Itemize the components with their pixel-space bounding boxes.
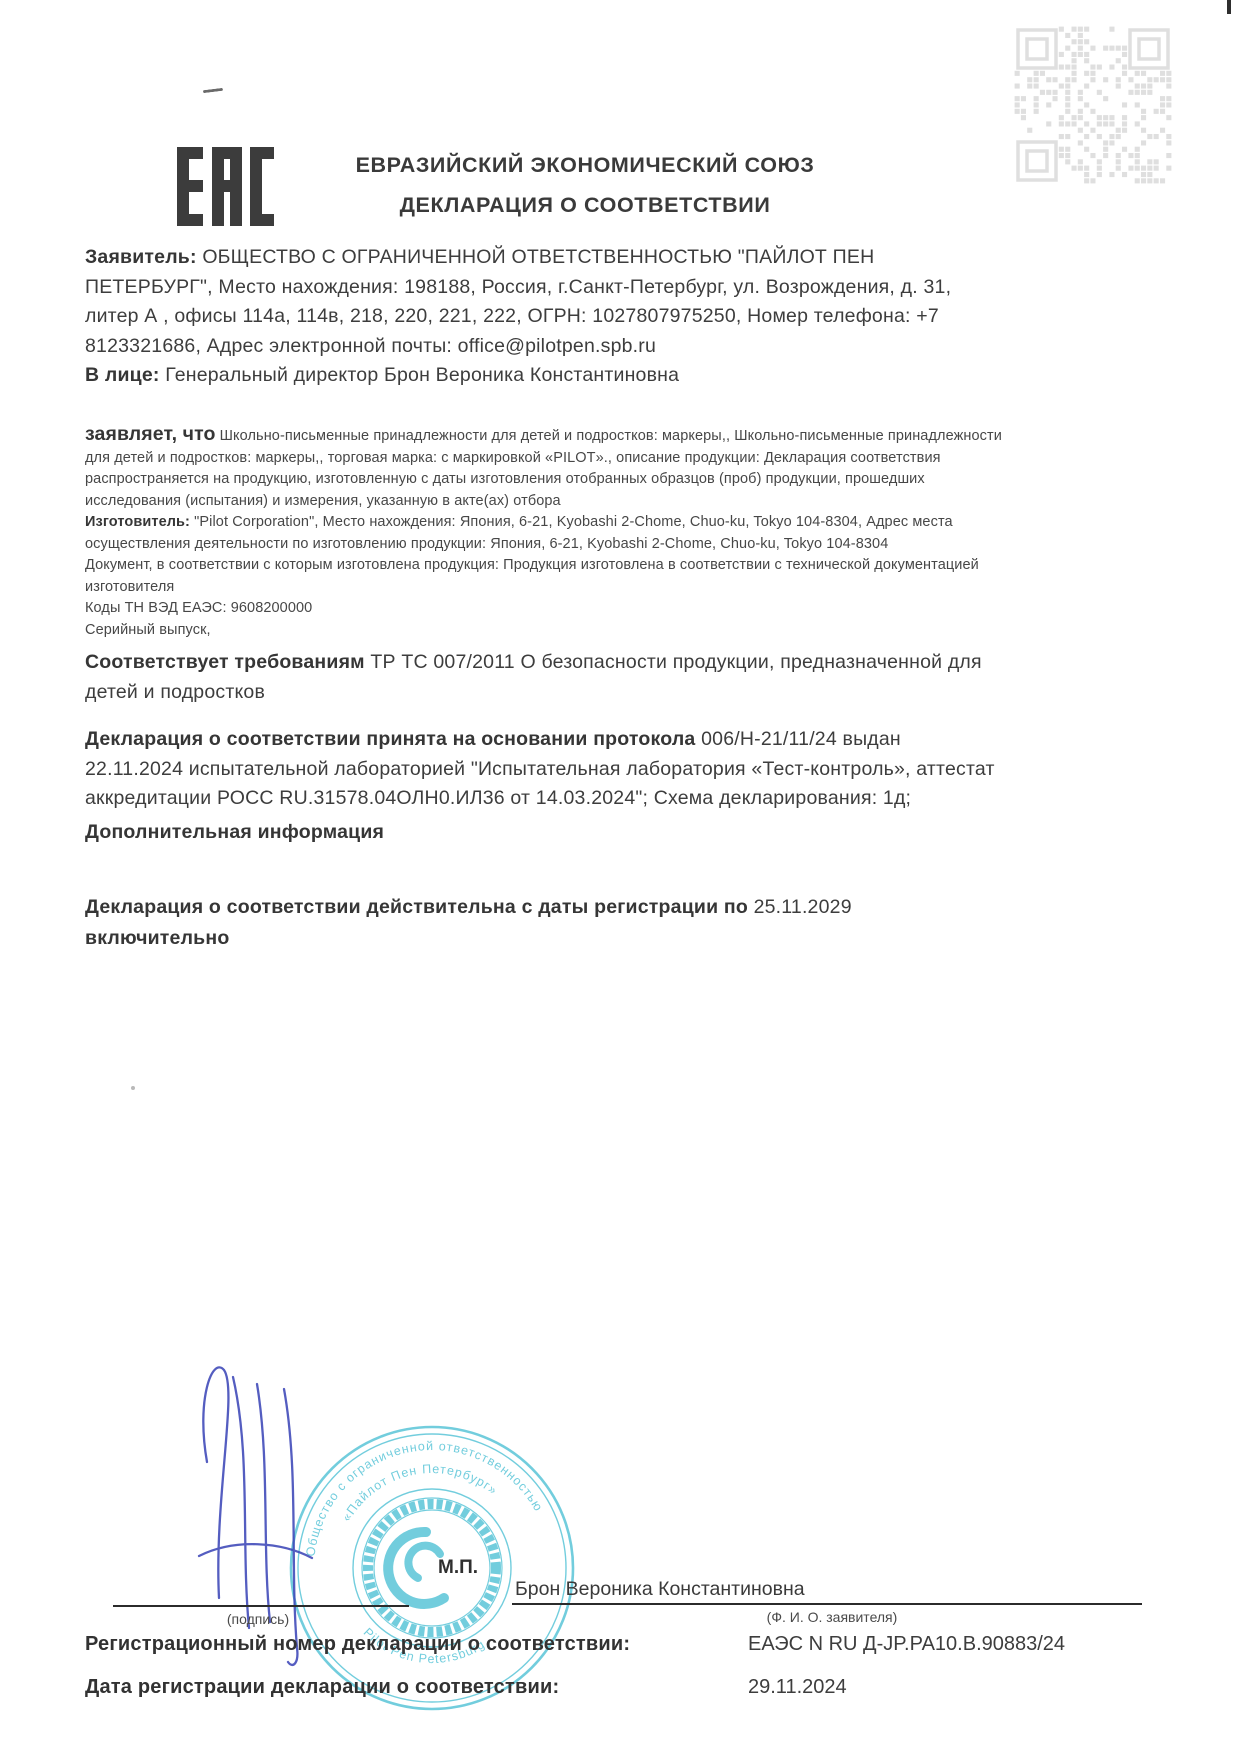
stamp-place-label: М.П. [438, 1557, 478, 1579]
product-description-text: Школьно-письменные принадлежности для де… [85, 428, 1002, 509]
validity-suffix: включительно [85, 927, 229, 949]
manufacturer-text: "Pilot Corporation", Место нахождения: Я… [85, 514, 953, 552]
applicant-paragraph: Заявитель: ОБЩЕСТВО С ОГРАНИЧЕННОЙ ОТВЕТ… [85, 243, 1177, 361]
manufacturer-label: Изготовитель: [85, 514, 190, 530]
applicant-text: ОБЩЕСТВО С ОГРАНИЧЕННОЙ ОТВЕТСТВЕННОСТЬЮ… [85, 246, 951, 357]
representative-label: В лице: [85, 364, 160, 386]
declares-label: заявляет, что [85, 423, 216, 445]
product-description: заявляет, что Школьно-письменные принадл… [85, 424, 1177, 512]
basis-paragraph: Декларация о соответствии принята на осн… [85, 725, 1177, 814]
document-title: ДЕКЛАРАЦИЯ О СООТВЕТСТВИИ [85, 193, 1085, 218]
validity-paragraph: Декларация о соответствии действительна … [85, 892, 1177, 954]
representative-text: Генеральный директор Брон Вероника Конст… [165, 364, 679, 386]
registration-date-value: 29.11.2024 [748, 1676, 847, 1699]
declaration-paragraph: заявляет, что Школьно-письменные принадл… [85, 424, 1177, 641]
signature-caption: (подпись) [158, 1611, 358, 1627]
signature-line [113, 1605, 409, 1607]
compliance-label: Соответствует требованиям [85, 651, 365, 673]
basis-label: Декларация о соответствии принята на осн… [85, 728, 695, 750]
registration-number-value: ЕАЭС N RU Д-JP.РА10.В.90883/24 [748, 1633, 1065, 1656]
registration-number-label: Регистрационный номер декларации о соотв… [85, 1633, 630, 1656]
signer-name: Брон Вероника Константиновна [515, 1578, 805, 1601]
manufacturer-info: Изготовитель: "Pilot Corporation", Место… [85, 512, 1177, 555]
name-line [512, 1603, 1142, 1605]
scan-dot-artifact [131, 1086, 135, 1090]
corner-tick-mark [1227, 0, 1231, 14]
declaration-document: ЕВРАЗИЙСКИЙ ЭКОНОМИЧЕСКИЙ СОЮЗ ДЕКЛАРАЦИ… [0, 0, 1242, 1755]
company-stamp: Общество с ограниченной ответственностью… [287, 1423, 577, 1713]
validity-label: Декларация о соответствии действительна … [85, 896, 748, 918]
compliance-paragraph: Соответствует требованиям ТР ТС 007/2011… [85, 648, 1177, 707]
header-titles: ЕВРАЗИЙСКИЙ ЭКОНОМИЧЕСКИЙ СОЮЗ ДЕКЛАРАЦИ… [85, 153, 1085, 218]
representative-paragraph: В лице: Генеральный директор Брон Верони… [85, 361, 1177, 391]
scan-scribble-mark [203, 88, 223, 93]
registration-date-label: Дата регистрации декларации о соответств… [85, 1676, 559, 1699]
name-caption: (Ф. И. О. заявителя) [702, 1609, 962, 1625]
validity-date: 25.11.2029 [754, 896, 852, 918]
applicant-label: Заявитель: [85, 246, 197, 268]
additional-info-label: Дополнительная информация [85, 818, 1177, 848]
union-title: ЕВРАЗИЙСКИЙ ЭКОНОМИЧЕСКИЙ СОЮЗ [85, 153, 1085, 178]
product-document-text: Документ, в соответствии с которым изгот… [85, 555, 1177, 641]
